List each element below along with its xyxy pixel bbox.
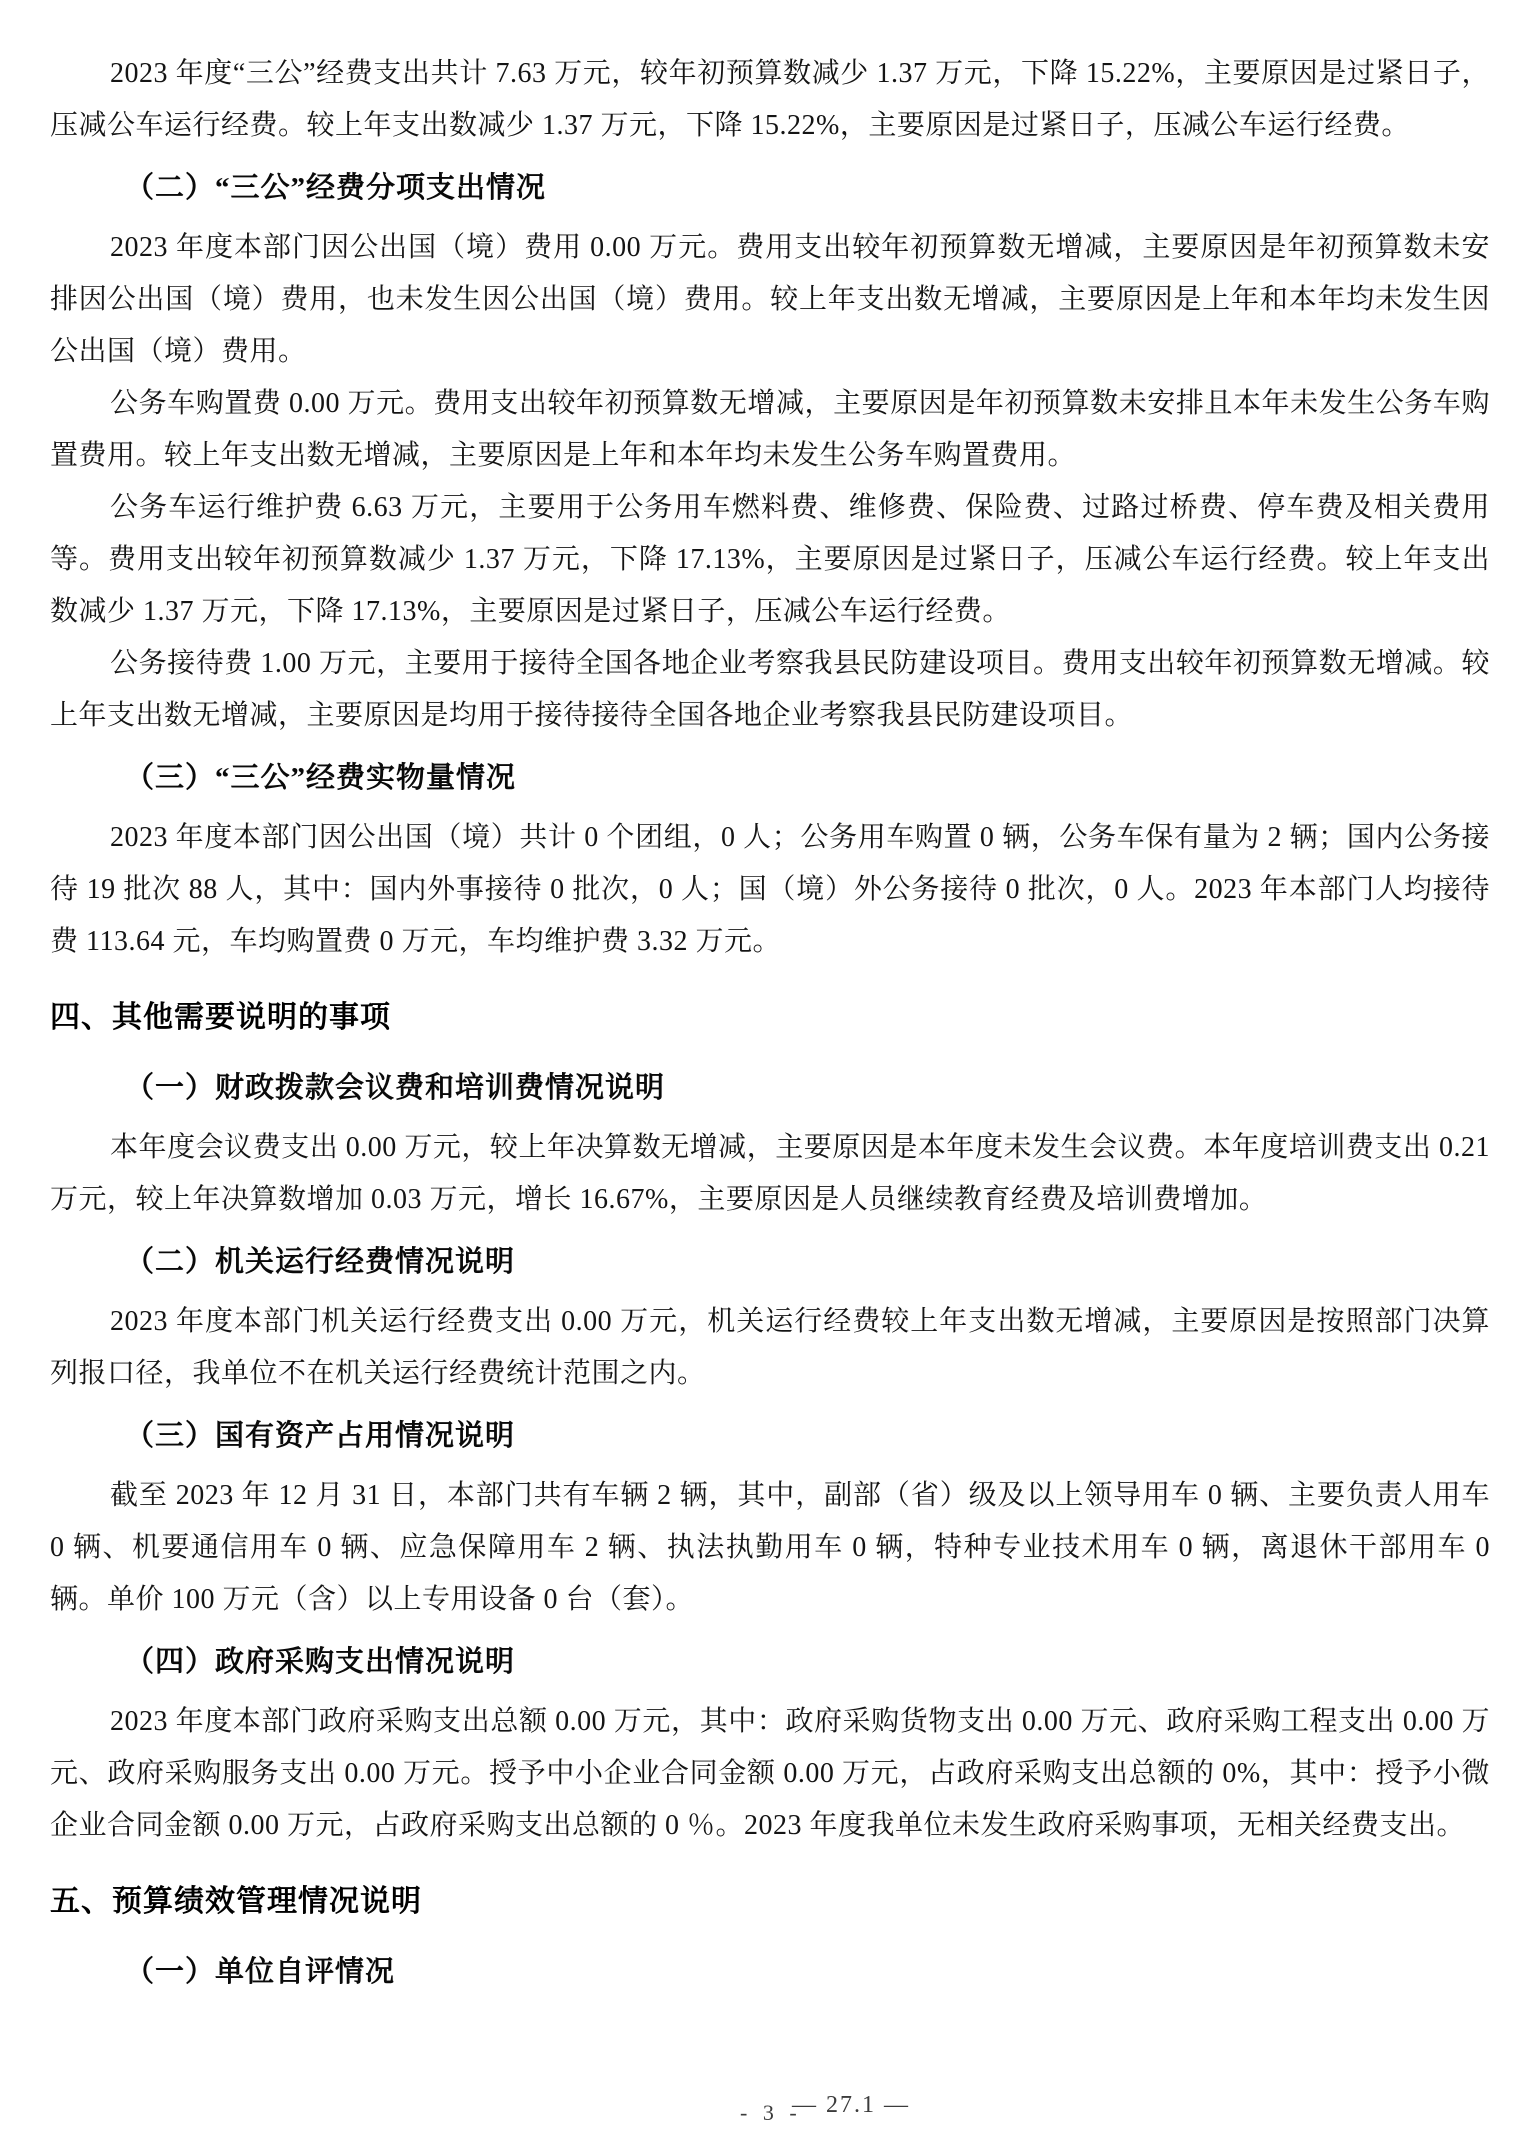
para-meeting-training-fees: 本年度会议费支出 0.00 万元，较上年决算数无增减，主要原因是本年度未发生会议… (50, 1122, 1490, 1226)
para-physical-quantities: 2023 年度本部门因公出国（境）共计 0 个团组，0 人；公务用车购置 0 辆… (50, 812, 1490, 968)
para-vehicle-operation: 公务车运行维护费 6.63 万元，主要用于公务用车燃料费、维修费、保险费、过路过… (50, 482, 1490, 638)
document-page: 2023 年度“三公”经费支出共计 7.63 万元，较年初预算数减少 1.37 … (0, 0, 1520, 2149)
heading-agency-operation-funds: （二）机关运行经费情况说明 (125, 1236, 1490, 1288)
heading-meeting-training-fees: （一）财政拨款会议费和培训费情况说明 (125, 1062, 1490, 1114)
para-agency-operation-funds: 2023 年度本部门机关运行经费支出 0.00 万元，机关运行经费较上年支出数无… (50, 1296, 1490, 1400)
para-sangong-total: 2023 年度“三公”经费支出共计 7.63 万元，较年初预算数减少 1.37 … (50, 48, 1490, 152)
footer-secondary-number: — 27.1 — (792, 2092, 910, 2119)
para-official-reception: 公务接待费 1.00 万元，主要用于接待全国各地企业考察我县民防建设项目。费用支… (50, 638, 1490, 742)
para-state-assets: 截至 2023 年 12 月 31 日，本部门共有车辆 2 辆，其中，副部（省）… (50, 1470, 1490, 1626)
heading-section-5-performance: 五、预算绩效管理情况说明 (50, 1876, 1490, 1928)
para-gov-procurement: 2023 年度本部门政府采购支出总额 0.00 万元，其中：政府采购货物支出 0… (50, 1696, 1490, 1852)
heading-state-assets: （三）国有资产占用情况说明 (125, 1410, 1490, 1462)
heading-self-evaluation: （一）单位自评情况 (125, 1946, 1490, 1998)
heading-gov-procurement: （四）政府采购支出情况说明 (125, 1636, 1490, 1688)
heading-sangong-physical: （三）“三公”经费实物量情况 (125, 752, 1490, 804)
para-abroad-expense: 2023 年度本部门因公出国（境）费用 0.00 万元。费用支出较年初预算数无增… (50, 222, 1490, 378)
para-vehicle-purchase: 公务车购置费 0.00 万元。费用支出较年初预算数无增减，主要原因是年初预算数未… (50, 378, 1490, 482)
heading-sangong-breakdown: （二）“三公”经费分项支出情况 (125, 162, 1490, 214)
heading-section-4-other-matters: 四、其他需要说明的事项 (50, 992, 1490, 1044)
